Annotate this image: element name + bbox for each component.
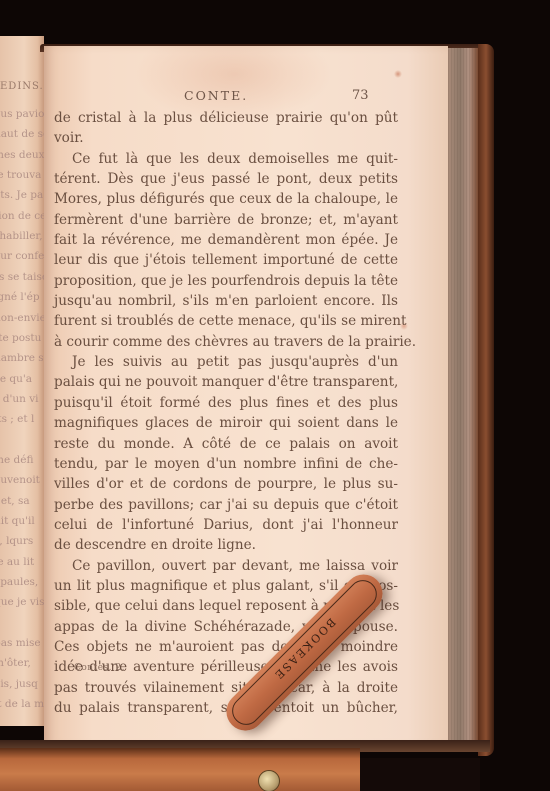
left-page-line-fragment: eur confer [0, 250, 44, 262]
book-cover-spine-edge [478, 44, 494, 756]
facing-left-page: EDINS. ous paviohaut de somes deux ple t… [0, 36, 44, 726]
page-number: 73 [352, 88, 369, 103]
left-page-line-fragment: que je vis [0, 596, 44, 608]
text-line: voir. [54, 128, 398, 148]
bookmark-rivet-icon [258, 770, 280, 791]
left-page-line-fragment: ois, jusq [0, 678, 38, 690]
text-line: palais qui ne pouvoit manquer d'être tra… [54, 372, 398, 392]
text-line: Ces objets ne m'auroient pas donné la mo… [54, 637, 398, 657]
signature-mark: Contes. 2. [74, 663, 125, 673]
text-line: térent. Dès que j'eus passé le pont, deu… [54, 169, 398, 189]
left-page-line-fragment: pas mise [0, 637, 41, 649]
text-line: celui de l'infortuné Darius, dont j'ai l… [54, 515, 398, 535]
left-page-line-fragment: dit qu'il [0, 515, 35, 527]
left-page-line-fragment: rs se taise [0, 271, 44, 283]
text-line: leur dis que j'étois tellement importuné… [54, 250, 398, 270]
left-page-line-fragment: shabiller, [0, 230, 43, 242]
left-page-line-fragment: m'ôter, [0, 657, 31, 669]
text-line: Je les suivis au petit pas jusqu'auprès … [54, 352, 398, 372]
text-line: pas trouvés vilainement situés : car, à … [54, 678, 398, 698]
left-page-line-fragment: ous pavio [0, 108, 44, 120]
text-line: Ce fut là que les deux demoiselles me qu… [54, 149, 398, 169]
left-page-line-fragment: tte postu [0, 332, 41, 344]
right-page: CONTE. 73 de cristal à la plus délicieus… [44, 46, 448, 746]
left-page-line-fragment: ouvenoit [0, 474, 40, 486]
text-line: villes d'or et de cordons de pourpre, le… [54, 474, 398, 494]
wooden-book-stand [0, 748, 360, 791]
page-edges [448, 48, 478, 748]
text-line: reste du monde. A côté de ce palais on a… [54, 434, 398, 454]
running-head: CONTE. 73 [44, 88, 448, 108]
running-title: CONTE. [184, 88, 248, 103]
left-page-line-fragment: ats. Je pa [0, 189, 43, 201]
left-page-line-fragment: le au lit [0, 556, 34, 568]
left-page-line-fragment: igné l'ép [0, 291, 40, 303]
text-line: furent si troublés de cette menace, qu'i… [54, 311, 398, 331]
left-page-line-fragment: hambre su [0, 352, 44, 364]
left-page-line-fragment: mes deux p [0, 149, 44, 161]
left-page-line-fragment: its ; et l [0, 413, 34, 425]
left-page-line-fragment: non-envie [0, 312, 44, 324]
text-line: perbe des pavillons; car j'ai su depuis … [54, 495, 398, 515]
left-page-running-head: EDINS. [0, 81, 44, 92]
text-line: de descendre en droite ligne. [54, 535, 398, 555]
text-line: fait la révérence, me demandèrent mon ép… [54, 230, 398, 250]
background-shadow [360, 758, 480, 791]
left-page-line-fragment: épaules, [0, 576, 38, 588]
text-line: magnifiques glaces de miroir qui soient … [54, 413, 398, 433]
text-line: puisqu'il étoit formé des plus fines et … [54, 393, 398, 413]
left-page-line-fragment: s, lqurs [0, 535, 33, 547]
left-page-line-fragment: ce qu'a [0, 373, 32, 385]
text-line: jusqu'au nombril, s'ils m'en parloient e… [54, 291, 398, 311]
text-line: à courir comme des chèvres au travers de… [54, 332, 398, 352]
left-page-line-fragment: tion de ce [0, 210, 44, 222]
text-line: de cristal à la plus délicieuse prairie … [54, 108, 398, 128]
left-page-line-fragment: me défi [0, 454, 33, 466]
left-page-line-fragment: it de la m [0, 698, 44, 710]
text-line: proposition, que je les pourfendrois dep… [54, 271, 398, 291]
text-line: Ce pavillon, ouvert par devant, me laiss… [54, 556, 398, 576]
left-page-line-fragment: s d'un vi [0, 393, 39, 405]
book-photo-scene: EDINS. ous paviohaut de somes deux ple t… [0, 0, 550, 791]
left-page-line-fragment: haut de so [0, 128, 44, 140]
text-line: Mores, plus défigurés que ceux de la cha… [54, 189, 398, 209]
text-line: tendu, par le moyen d'un nombre infini d… [54, 454, 398, 474]
left-page-line-fragment: le trouva [0, 169, 41, 181]
left-page-line-fragment: ; et, sa [0, 495, 30, 507]
text-line: fermèrent d'une barrière de bronze; et, … [54, 210, 398, 230]
